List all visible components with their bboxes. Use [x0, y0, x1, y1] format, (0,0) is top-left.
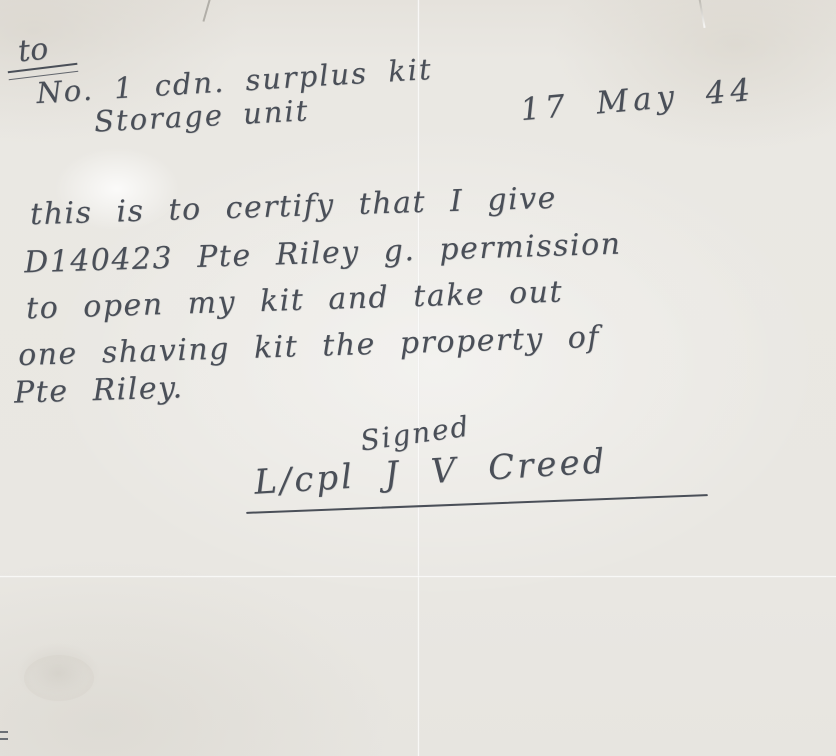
top-right-crease — [698, 0, 705, 28]
top-left-crease — [202, 0, 211, 22]
body-line: one shaving kit the property of — [18, 320, 601, 373]
handwritten-note-scan: to No. 1 cdn. surplus kit Storage unit 1… — [0, 0, 836, 756]
body-line: D140423 Pte Riley g. permission — [24, 227, 622, 281]
left-edge-mark — [0, 731, 9, 743]
signature: L/cpl J V Creed — [253, 441, 608, 503]
body-line: to open my kit and take out — [26, 275, 564, 327]
salutation: to — [16, 32, 50, 70]
body-line: Pte Riley. — [13, 370, 184, 410]
paper-stain — [24, 655, 94, 701]
date: 17 May 44 — [519, 72, 757, 128]
horizontal-fold-crease — [0, 575, 836, 578]
body-line: this is to certify that I give — [30, 181, 558, 233]
vertical-fold-crease — [417, 0, 420, 756]
